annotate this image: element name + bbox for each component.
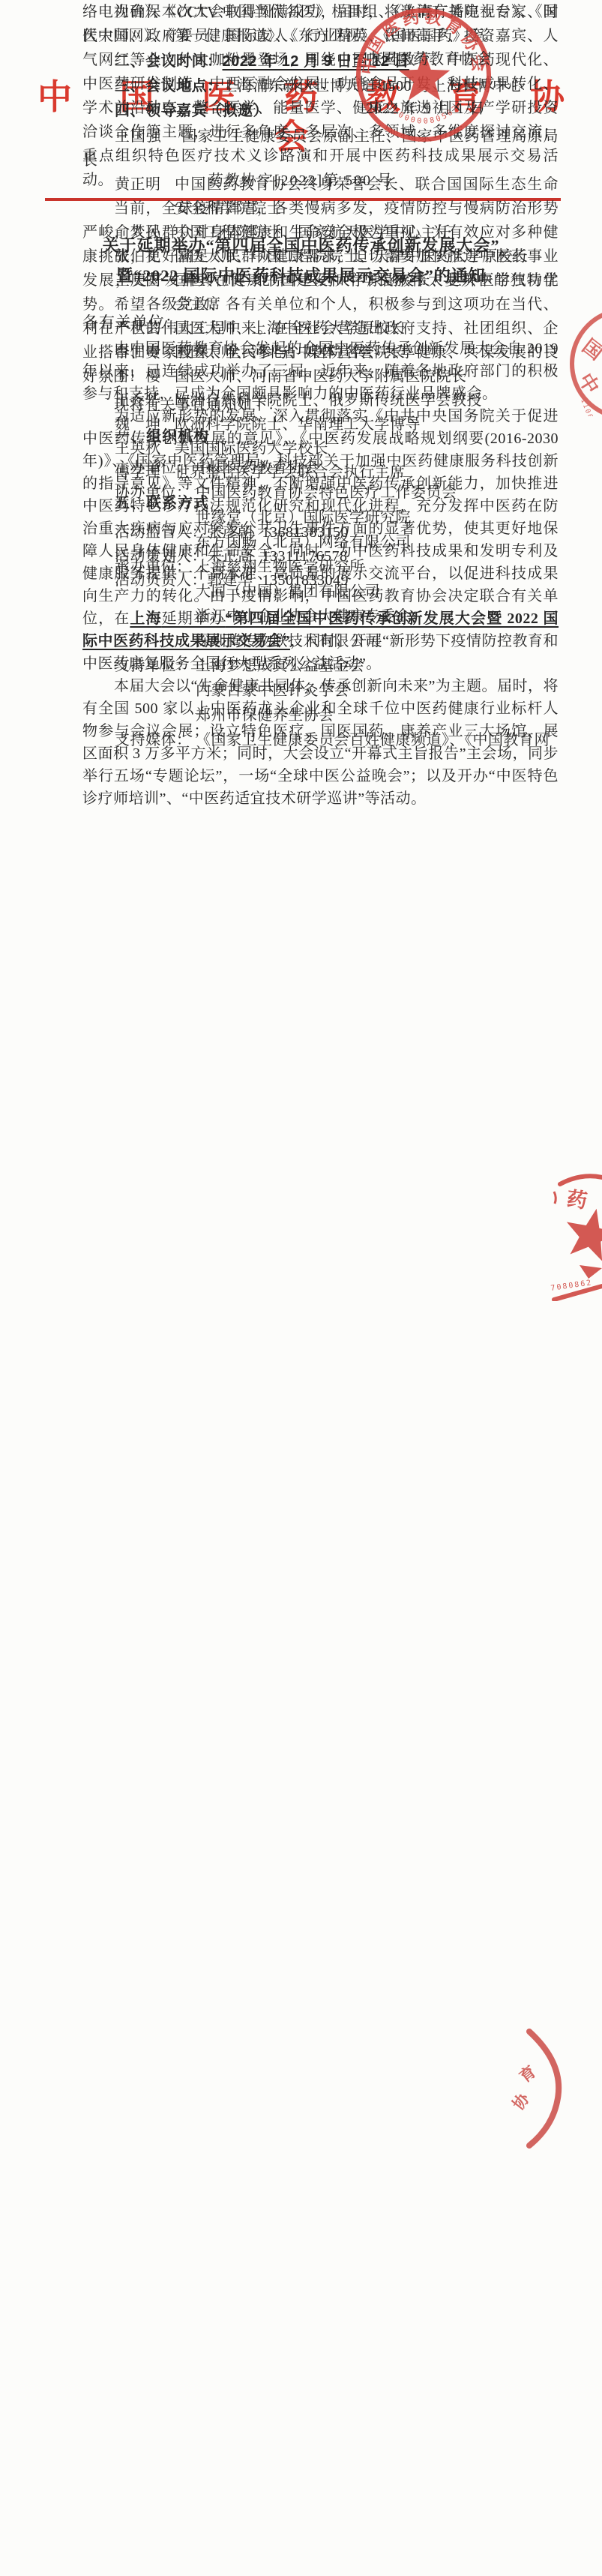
signature-date: 2022 年 9 月 1 日 xyxy=(366,96,485,118)
seal-char: 药 xyxy=(565,1187,589,1212)
leader-row: 王庆国国医大师、北京中医药大学原副校长、世界医学气功学会主席 xyxy=(115,268,602,316)
leader-name: 李佃贵 xyxy=(115,340,175,364)
contact-label: 活动策划人： xyxy=(115,548,207,565)
leader-desc: 美国国际医药大学校长 xyxy=(175,436,559,460)
leader-name: 王乔华 xyxy=(115,388,175,412)
leader-desc: 国医大师、上海中医药大学原校长 xyxy=(175,316,559,340)
leader-name: 俞梦孙 xyxy=(115,220,175,244)
leader-desc: 中国工程院院士、国家航天医学中心主任 xyxy=(175,220,559,244)
contact-phone: 13501833049 xyxy=(262,572,349,589)
scanned-notice-document: 中 国 医 药 教 育 协 会 药教协字[2022]第 500 号 关于延期举办… xyxy=(0,0,602,2576)
contact-row: 活动策划人：朱正高13311176578 xyxy=(115,544,602,568)
leader-row: 傅学理世界整合医学学会联合会执行主席 xyxy=(115,460,602,484)
leader-name: 傅学理 xyxy=(115,460,175,484)
section-5-heading: 五、联系方式 xyxy=(115,491,559,515)
contact-person: 郭建华 xyxy=(207,572,253,589)
org-value: 郑州市保健养生协会 xyxy=(196,703,559,728)
contact-row: 活动监管人：张彦朝13681383150 xyxy=(115,520,602,544)
seal-char: 育 xyxy=(516,2062,539,2086)
leader-desc: 国医大师、河北省中医院名誉院长 xyxy=(175,340,559,364)
leader-name: 魏 坤 xyxy=(115,412,175,436)
leader-name: 严世芸 xyxy=(115,316,175,340)
leader-name: 张伯礼 xyxy=(115,244,175,268)
leader-desc: 国医大师、河南省中医药大学附属医院院长 xyxy=(175,364,559,388)
contact-row: 活动负责人：郭建华13501833049 xyxy=(115,568,602,592)
leader-name: 王英秋 xyxy=(115,436,175,460)
seal-char: 协 xyxy=(510,2089,533,2113)
signature-org: 中国医药教育协会 xyxy=(366,46,492,68)
media-list-part1: 《国家卫生健康委员会百姓健康频道》、《中国教育网 xyxy=(196,728,559,753)
contact-label: 活动监管人： xyxy=(115,524,207,541)
leader-desc: 国医大师、北京中医药大学原副校长、世界医学气功学会主席 xyxy=(175,268,559,316)
leader-row: 严世芸国医大师、上海中医药大学原校长 xyxy=(115,316,602,340)
org-value: 深圳腾传物联技术有限公司 xyxy=(196,629,559,654)
org-value: 内蒙古蒙中医针灸学会 xyxy=(196,679,559,703)
leader-desc: 欧洲科学院院士、华南理工大学博导 xyxy=(175,412,559,436)
leader-row: 俞梦孙中国工程院院士、国家航天医学中心主任 xyxy=(115,220,602,244)
contact-phone: 13311176578 xyxy=(262,548,348,565)
leader-name: 王庆国 xyxy=(115,268,175,316)
contact-phone: 13681383150 xyxy=(262,524,349,541)
contact-person: 朱正高 xyxy=(207,548,253,565)
leader-row: 魏 坤欧洲科学院院士、华南理工大学博导 xyxy=(115,412,602,436)
org-value: 上海梦想成真公益基金会 xyxy=(196,654,559,679)
leader-name: 丁 樱 xyxy=(115,364,175,388)
org-row-media: 支持媒体： 《国家卫生健康委员会百姓健康频道》、《中国教育网 xyxy=(115,728,559,753)
signature-block: 中国医药教育协会 100000080562 中国医药教育协会 2022 年 9 … xyxy=(0,0,602,221)
contact-person: 张彦朝 xyxy=(207,524,253,541)
leader-desc: 国医大师、中国工程院院士、天津中医药大学原校长 xyxy=(175,244,559,268)
seal-mark xyxy=(580,1265,602,1279)
leader-row: 王乔华欧洲自然科学院院士、俄罗斯传统医学会教授 xyxy=(115,388,602,412)
contact-label: 活动负责人： xyxy=(115,572,207,589)
official-round-seal: 中国医药教育协会 100000080562 xyxy=(351,7,497,144)
leader-row: 王英秋美国国际医药大学校长 xyxy=(115,436,602,460)
seal-fragment-mid-right: 药 7080862 xyxy=(550,1172,602,1301)
leader-row: 丁 樱国医大师、河南省中医药大学附属医院院长 xyxy=(115,364,602,388)
leader-desc: 世界整合医学学会联合会执行主席 xyxy=(175,460,559,484)
seal-fragment-top-right: 国 中 1100 xyxy=(565,311,602,416)
org-label: 支持媒体： xyxy=(115,728,196,753)
leader-desc: 欧洲自然科学院院士、俄罗斯传统医学会教授 xyxy=(175,388,559,412)
org-row-supporter: 支持单位： 上海梦想成真公益基金会 内蒙古蒙中医针灸学会 郑州市保健养生协会 xyxy=(115,654,559,728)
leader-row: 张伯礼国医大师、中国工程院院士、天津中医药大学原校长 xyxy=(115,244,602,268)
org-label: 支持单位： xyxy=(115,654,196,679)
seal-star-icon xyxy=(560,1203,602,1263)
seal-fragment-arc-right: 育 协 xyxy=(510,2027,574,2151)
seal-char: 国 xyxy=(578,335,602,364)
leader-row: 李佃贵国医大师、河北省中医院名誉院长 xyxy=(115,340,602,364)
org-value: 浙江中小企业协会大健康专委会 xyxy=(196,604,559,629)
